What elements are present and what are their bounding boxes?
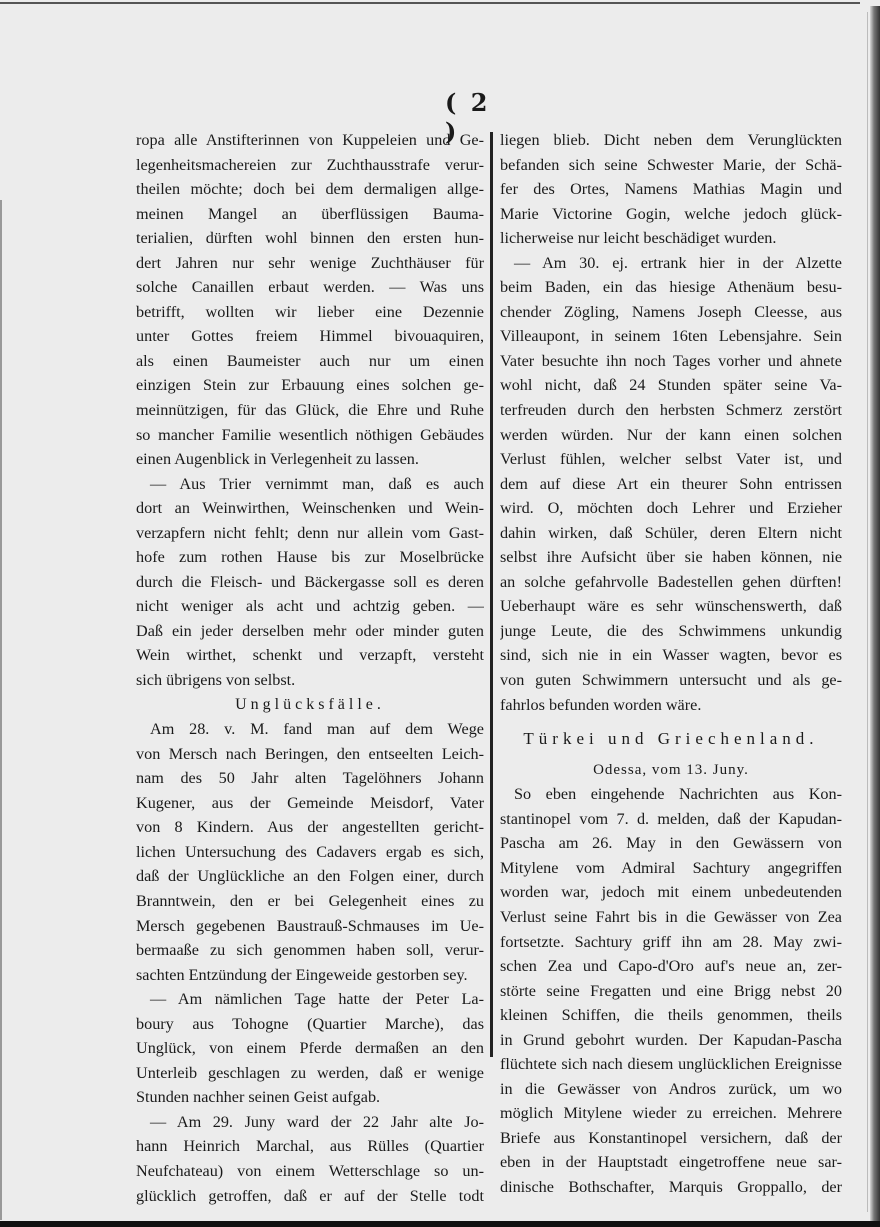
text-line: dort an Weinwirthen, Weinschenken und We… <box>136 496 484 521</box>
text-line: verzapfern nicht fehlt; denn nur allein … <box>136 521 484 546</box>
text-line: nam des 50 Jahr alten Tagelöhners Johann <box>136 766 484 791</box>
text-line: — Am 29. Juny ward der 22 Jahr alte Jo- <box>136 1110 484 1135</box>
text-line: Ueberhaupt wäre es sehr wünschenswerth, … <box>500 594 842 619</box>
text-line: theilen möchte; doch bei dem dermaligen … <box>136 177 484 202</box>
paragraph-cleesse-drowning: — Am 30. ej. ertrank hier in der Alzette… <box>500 251 842 717</box>
text-line: störte seine Fregatten und eine Brigg ne… <box>500 979 842 1004</box>
text-line: nicht weniger als acht und achtzig geben… <box>136 594 484 619</box>
text-line: meinnützigen, für das Glück, die Ehre un… <box>136 398 484 423</box>
paragraph-trier-wine: — Aus Trier vernimmt man, daß es auchdor… <box>136 472 484 693</box>
right-page-edge-shadow <box>870 6 880 1221</box>
text-line: selbst ihre Aufsicht über sie haben könn… <box>500 545 842 570</box>
text-line: — Am 30. ej. ertrank hier in der Alzette <box>500 251 842 276</box>
text-line: daß der Unglückliche an den Folgen einer… <box>136 864 484 889</box>
text-line: dert Jahren nur sehr wenige Zuchthäuser … <box>136 251 484 276</box>
text-line: lichen Untersuchung des Cadavers ergab e… <box>136 840 484 865</box>
paragraph-laboury: — Am nämlichen Tage hatte der Peter La-b… <box>136 987 484 1110</box>
text-line: kleinen Schiffen, die theils genommen, t… <box>500 1003 842 1028</box>
text-line: an solche gefahrvolle Badestellen gehen … <box>500 570 842 595</box>
text-line: fahrlos befunden worden wäre. <box>500 693 842 718</box>
text-line: bermaaße zu sich genommen haben soll, ve… <box>136 938 484 963</box>
text-line: junge Leute, die des Schwimmens unkundig <box>500 619 842 644</box>
text-line: Daß ein jeder derselben mehr oder minder… <box>136 619 484 644</box>
text-line: fer des Ortes, Namens Mathias Magin und <box>500 177 842 202</box>
text-line: Verlust seine Fahrt bis in die Gewässer … <box>500 905 842 930</box>
text-line: sind, sich nie in ein Wasser wagten, bev… <box>500 643 842 668</box>
text-line: solche Canaillen erbaut werden. — Was un… <box>136 275 484 300</box>
paragraph-kapudan-pascha: So eben eingehende Nachrichten aus Kon-s… <box>500 782 842 1199</box>
text-line: boury aus Tohogne (Quartier Marche), das <box>136 1012 484 1037</box>
text-line: so mancher Familie wesentlich nöthigen G… <box>136 423 484 448</box>
left-column: ropa alle Anstifterinnen von Kuppeleien … <box>136 128 484 1208</box>
bottom-page-edge <box>0 1221 880 1227</box>
text-line: Mitylene vom Admiral Sachtury angegriffe… <box>500 856 842 881</box>
text-line: meinen Mangel an überflüssigen Bauma- <box>136 202 484 227</box>
text-line: von 8 Kindern. Aus der angestellten geri… <box>136 815 484 840</box>
text-line: terfreuden durch den herbsten Schmerz ze… <box>500 398 842 423</box>
dateline-odessa: Odessa, vom 13. Juny. <box>500 758 842 783</box>
text-line: Unglück, von einem Pferde dermaßen an de… <box>136 1036 484 1061</box>
text-line: — Am nämlichen Tage hatte der Peter La- <box>136 987 484 1012</box>
text-line: Am 28. v. M. fand man auf dem Wege <box>136 717 484 742</box>
left-page-edge <box>0 200 2 1220</box>
text-line: Kugener, aus der Gemeinde Meisdorf, Vate… <box>136 791 484 816</box>
text-line: dinische Bothschafter, Marquis Groppallo… <box>500 1175 842 1200</box>
text-line: von Mersch nach Beringen, den entseelten… <box>136 742 484 767</box>
text-line: Wein wirthet, schenkt und verzapft, vers… <box>136 643 484 668</box>
text-line: Vater besuchte ihn noch Tages vorher und… <box>500 349 842 374</box>
text-line: Neufchateau) von einem Wetterschlage so … <box>136 1159 484 1184</box>
text-line: Unterleib geschlagen zu werden, daß er w… <box>136 1061 484 1086</box>
section-heading-turkey-greece: Türkei und Griechenland. <box>500 727 842 752</box>
text-line: wohl nicht, daß 24 Stunden später seine … <box>500 373 842 398</box>
text-line: sich übrigens von selbst. <box>136 668 484 693</box>
text-line: wird. O, möchten doch Lehrer und Erziehe… <box>500 496 842 521</box>
text-line: liegen blieb. Dicht neben dem Verunglück… <box>500 128 842 153</box>
text-line: dem auf diese Art ein theurer Sohn entri… <box>500 472 842 497</box>
text-line: — Aus Trier vernimmt man, daß es auch <box>136 472 484 497</box>
text-line: flüchtete sich nach diesem unglücklichen… <box>500 1052 842 1077</box>
text-line: Verlust fühlen, welcher selbst Vater ist… <box>500 447 842 472</box>
text-line: in Grund gebohrt wurden. Der Kapudan-Pas… <box>500 1028 842 1053</box>
scanned-newspaper-page: ( 2 ) ropa alle Anstifterinnen von Kuppe… <box>0 0 880 1227</box>
text-line: einzigen Stein zur Erbauung eines solche… <box>136 373 484 398</box>
text-line: sachten Entzündung der Eingeweide gestor… <box>136 963 484 988</box>
text-line: So eben eingehende Nachrichten aus Kon- <box>500 782 842 807</box>
text-line: stantinopel vom 7. d. melden, daß der Ka… <box>500 807 842 832</box>
text-line: möglich Mitylene wieder zu erreichen. Me… <box>500 1101 842 1126</box>
text-line: ropa alle Anstifterinnen von Kuppeleien … <box>136 128 484 153</box>
paragraph-marchal: — Am 29. Juny ward der 22 Jahr alte Jo-h… <box>136 1110 484 1208</box>
text-line: eben in der Hauptstadt eingetroffene neu… <box>500 1150 842 1175</box>
text-line: in die Gewässer von Andros zurück, um wo <box>500 1077 842 1102</box>
text-line: beim Baden, ein das hiesige Athenäum bes… <box>500 275 842 300</box>
text-line: unter Gottes freiem Himmel bivouaquiren, <box>136 324 484 349</box>
right-column: liegen blieb. Dicht neben dem Verunglück… <box>500 128 842 1200</box>
text-line: Mersch gegebenen Baustrauß-Schmauses im … <box>136 914 484 939</box>
text-line: dahin wirken, daß Schüler, deren Eltern … <box>500 521 842 546</box>
text-line: durch die Fleisch- und Bäckergasse soll … <box>136 570 484 595</box>
text-line: Branntwein, den er bei Gelegenheit eines… <box>136 889 484 914</box>
text-line: Villeaupont, in seinem 16ten Lebensjahre… <box>500 324 842 349</box>
top-edge-rule <box>0 2 860 4</box>
text-line: worden war, jedoch mit einem unbedeutend… <box>500 880 842 905</box>
text-line: einen Augenblick in Verlegenheit zu lass… <box>136 447 484 472</box>
text-line: befanden sich seine Schwester Marie, der… <box>500 153 842 178</box>
text-line: hann Heinrich Marchal, aus Rülles (Quart… <box>136 1134 484 1159</box>
paragraph-pimp-satire: ropa alle Anstifterinnen von Kuppeleien … <box>136 128 484 472</box>
text-line: als einen Baumeister auch nur um einen <box>136 349 484 374</box>
text-line: hofe zum rothen Hause bis zur Moselbrück… <box>136 545 484 570</box>
paragraph-kugener: Am 28. v. M. fand man auf dem Wegevon Me… <box>136 717 484 987</box>
text-line: fortsetzte. Sachtury griff ihn am 28. Ma… <box>500 930 842 955</box>
text-line: betrifft, wollten wir lieber eine Dezenn… <box>136 300 484 325</box>
text-line: Briefe aus Konstantinopel versichern, da… <box>500 1126 842 1151</box>
section-heading-accidents: Unglücksfälle. <box>136 693 484 718</box>
paragraph-marchal-continued: liegen blieb. Dicht neben dem Verunglück… <box>500 128 842 251</box>
right-page-edge-line <box>867 12 868 1212</box>
text-line: schen Zea und Capo-d'Oro auf's neue an, … <box>500 954 842 979</box>
text-line: Stunden nachher seinen Geist aufgab. <box>136 1085 484 1110</box>
text-line: von guten Schwimmern untersucht und als … <box>500 668 842 693</box>
text-line: Pascha am 26. May in den Gewässern von <box>500 831 842 856</box>
text-line: licherweise nur leicht beschädiget wurde… <box>500 226 842 251</box>
text-line: legenheitsmachereien zur Zuchthausstrafe… <box>136 153 484 178</box>
text-line: terialien, dürften wohl binnen den erste… <box>136 226 484 251</box>
text-line: Marie Victorine Gogin, welche jedoch glü… <box>500 202 842 227</box>
text-line: glücklich getroffen, daß er auf der Stel… <box>136 1184 484 1209</box>
text-line: werden würden. Nur der kann einen solche… <box>500 423 842 448</box>
text-line: chender Zögling, Namens Joseph Cleesse, … <box>500 300 842 325</box>
column-divider-rule <box>490 132 493 1057</box>
